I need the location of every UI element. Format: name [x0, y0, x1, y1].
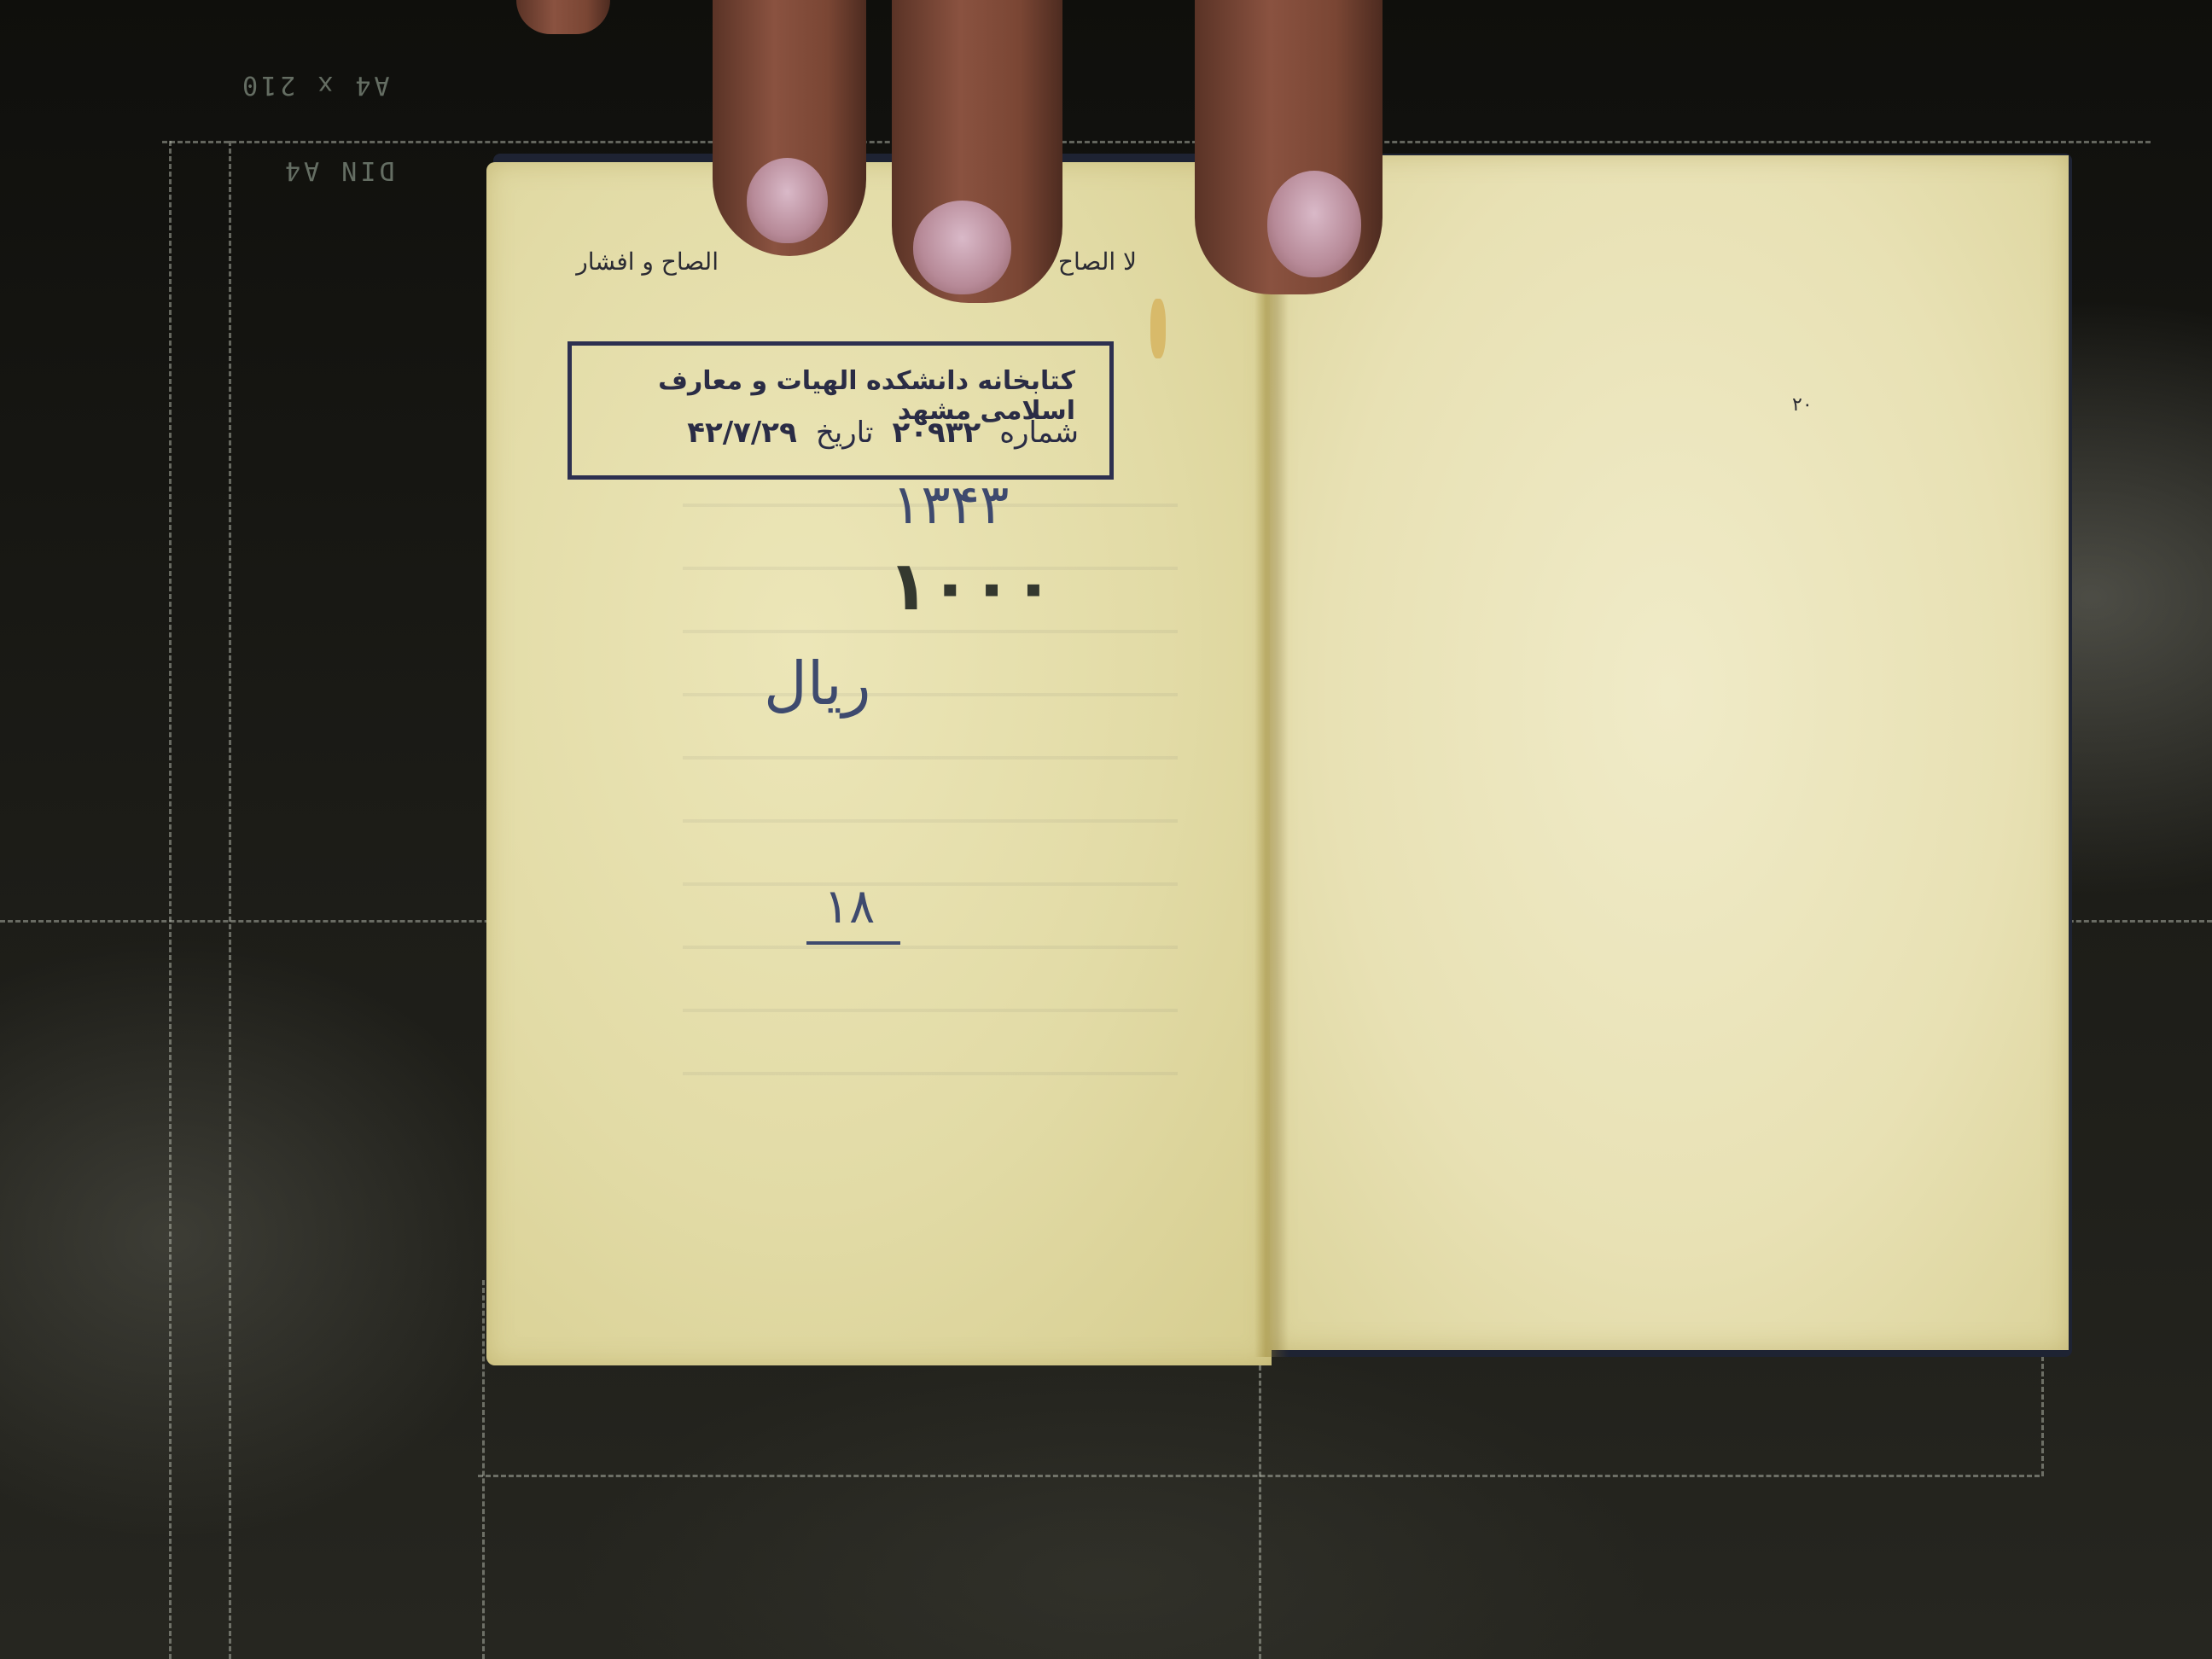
pencil-price-suffix: ریال: [764, 649, 870, 719]
show-through-text: [683, 444, 1178, 1109]
stain: [1150, 299, 1166, 358]
library-stamp: کتابخانه دانشکده الهیات و معارف اسلامی م…: [568, 341, 1114, 480]
right-page-mark: ۲۰: [1792, 394, 1813, 416]
stamp-date-label: تاریخ: [816, 416, 874, 450]
book-spine: [1254, 162, 1289, 1357]
fingernail: [1267, 171, 1361, 277]
mat-label: A4 x 210: [239, 70, 390, 100]
stamp-details: شماره ۲۰۹۳۲ تاریخ ۴۲/۷/۲۹: [687, 416, 1079, 450]
fingernail: [913, 201, 1011, 294]
mat-gridline: [2041, 1348, 2044, 1476]
mat-gridline: [482, 1280, 485, 1659]
mat-label: DIN A4: [282, 155, 394, 185]
handwritten-heading-left: الصاح و افشار: [576, 247, 719, 276]
right-page: [1270, 155, 2069, 1350]
stamp-number-label: شماره: [999, 416, 1079, 450]
pencil-page-count: ۱۸: [806, 879, 900, 945]
stamp-date: ۴۲/۷/۲۹: [687, 416, 797, 450]
mat-gridline: [162, 141, 2151, 143]
stamp-number: ۲۰۹۳۲: [892, 416, 981, 450]
pencil-price: ۱۰۰۰: [888, 546, 1054, 626]
pencil-year: ۱۳۴۳: [892, 474, 1010, 537]
fingernail: [747, 158, 828, 243]
mat-gridline: [229, 141, 231, 1659]
mat-gridline: [169, 141, 172, 1659]
mat-gridline: [1259, 1365, 1261, 1659]
